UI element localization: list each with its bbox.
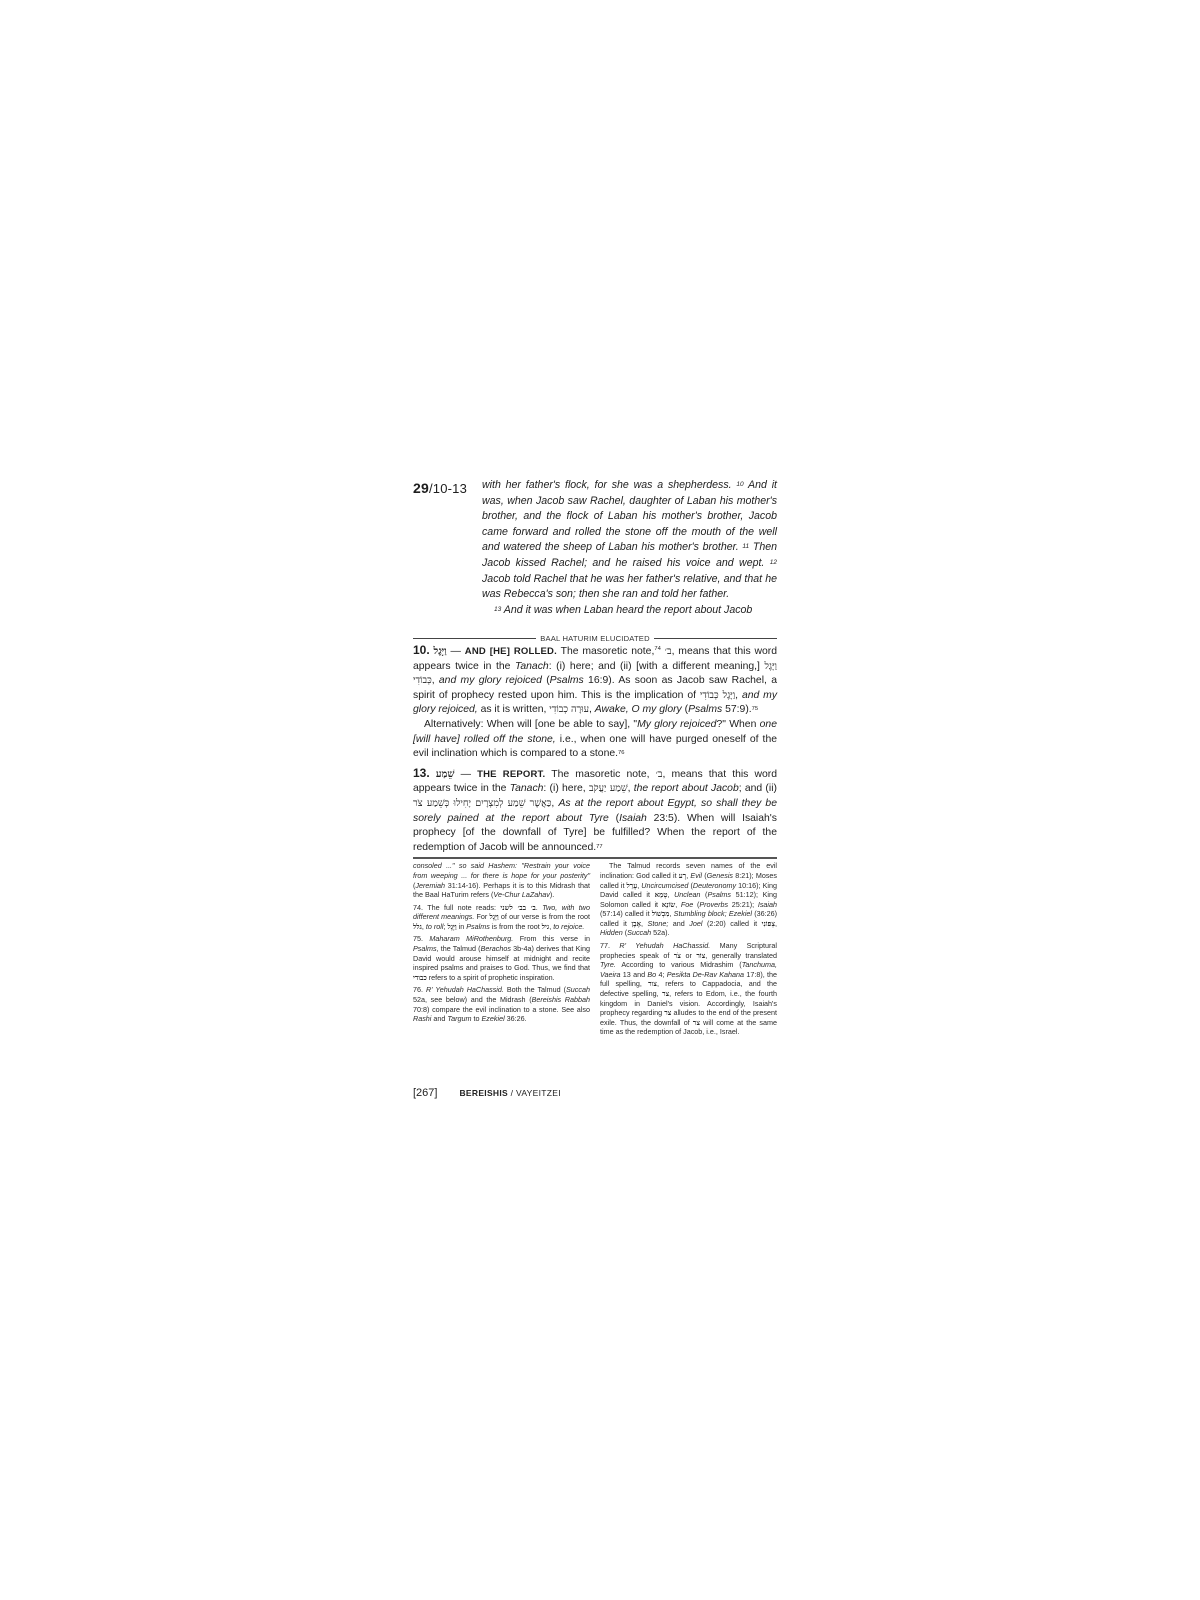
text: Deuteronomy [693, 881, 736, 890]
footnotes-right-column: The Talmud records seven names of the ev… [600, 861, 777, 1040]
text: 36:26. [505, 1014, 527, 1023]
text: and [431, 1014, 447, 1023]
hebrew-text: צֹר [674, 951, 681, 960]
footnotes: consoled ..." so said Hashem: "Restrain … [413, 861, 777, 1040]
footnote-ref[interactable]: 75 [752, 706, 758, 712]
text: Berachos [481, 944, 511, 953]
text: ; and (ii) [739, 783, 777, 794]
text: the report about Jacob [634, 783, 739, 794]
text: : (i) here, [543, 783, 589, 794]
footnote-74: 74. The full note reads: ב׳ בב׳ לשני. Tw… [413, 903, 590, 932]
title-separator: / [508, 1088, 516, 1098]
hebrew-text: עוּרָה כְבוֹדִי [549, 704, 589, 715]
footnote-ref[interactable]: 74 [654, 646, 660, 652]
text: 52a). [651, 928, 669, 937]
text: 70:8) compare the evil inclination to a … [413, 1005, 590, 1014]
verse-number: 12 [770, 559, 777, 566]
text: , [735, 690, 742, 701]
lemma-translation: THE REPORT. [477, 769, 545, 780]
text: Genesis [707, 871, 733, 880]
text: of our verse is from the root [499, 912, 590, 921]
hebrew-text: אֶבֶן [631, 919, 641, 928]
text: R' Yehudah HaChassid. [426, 985, 504, 994]
verse-range: /10-13 [429, 481, 467, 496]
text: Evil [690, 871, 702, 880]
commentary: 10. וַיָּגֶל — AND [HE] ROLLED. The maso… [413, 643, 777, 855]
text: Ezekiel [482, 1014, 505, 1023]
hebrew-text: ב׳ [661, 646, 672, 657]
text: From this verse in [513, 934, 590, 943]
hebrew-text: צְפוֹנִי [762, 919, 775, 928]
text: , [432, 675, 439, 686]
footnote-divider [413, 857, 777, 859]
verse-13-line: 13 And it was when Laban heard the repor… [482, 603, 777, 619]
text: and my glory rejoiced [439, 675, 542, 686]
running-title: BEREISHIS / VAYEITZEI [459, 1088, 560, 1098]
text: Stumbling block; Ezekiel [674, 909, 752, 918]
hebrew-text: כבודי [413, 973, 427, 982]
footnote-76: 76. R' Yehudah HaChassid. Both the Talmu… [413, 985, 590, 1023]
text: Stone; [648, 919, 669, 928]
dash: — [454, 769, 477, 780]
text: Maharam MiRothenburg. [429, 934, 513, 943]
text: , [775, 919, 777, 928]
text: : (i) here; and (ii) [with a different m… [549, 661, 765, 672]
hebrew-text: צור [648, 979, 657, 988]
text: Awake, O my glory [595, 704, 682, 715]
page-footer: [267] BEREISHIS / VAYEITZEI [413, 1087, 561, 1099]
text: Psalms [707, 890, 731, 899]
footnote-ref[interactable]: 76 [618, 750, 624, 756]
verse-block: 29/10-13 with her father's flock, for sh… [413, 478, 777, 633]
footnote-continuation: consoled ..." so said Hashem: "Restrain … [413, 861, 590, 899]
section-header: BAAL HATURIM ELUCIDATED [413, 633, 777, 643]
text: to [472, 1014, 482, 1023]
text: Isaiah [619, 813, 647, 824]
verse-number: 11 [742, 543, 749, 550]
lemma-hebrew: וַיָּגֶל [434, 646, 447, 657]
verse-9-end: with her father's flock, for she was a s… [482, 479, 736, 491]
dash: — [447, 646, 465, 657]
text: Succah [566, 985, 590, 994]
page-number: [267] [413, 1087, 437, 1099]
text: Uncircumcised [641, 881, 688, 890]
text: Pesikta De-Rav Kahana [667, 970, 744, 979]
text: is from the root [490, 922, 542, 931]
hebrew-text: טָמֵא [655, 890, 668, 899]
text: to roll [426, 922, 444, 931]
text: Unclean [674, 890, 700, 899]
commentary-verse-13: 13. שֵׁמַע — THE REPORT. The masoretic n… [413, 766, 777, 856]
text: , the Talmud ( [437, 944, 481, 953]
text: Hidden [600, 928, 623, 937]
text: Both the Talmud ( [504, 985, 566, 994]
text: Targum [447, 1014, 471, 1023]
text: ( [609, 813, 619, 824]
text: in [457, 922, 467, 931]
text: According to various Midrashim ( [616, 960, 742, 969]
text: 25:21); [728, 900, 758, 909]
text: Psalms [466, 922, 490, 931]
section-title: BAAL HATURIM ELUCIDATED [540, 634, 650, 643]
hebrew-text: וַיָּגֶל [447, 922, 456, 931]
text: consoled ..." so said Hashem: "Restrain … [413, 861, 590, 880]
text: The masoretic note, [545, 769, 655, 780]
lemma-number: 13. [413, 766, 430, 780]
text: Tanach [510, 783, 544, 794]
text: (2:20) called it [702, 919, 761, 928]
lemma-translation: AND [HE] ROLLED. [465, 646, 557, 657]
hebrew-text: עָרֵל [627, 881, 638, 890]
text: The masoretic note, [557, 646, 654, 657]
text: Tyre. [600, 960, 616, 969]
text: Succah [627, 928, 651, 937]
text: 13 and [621, 970, 648, 979]
text: For [474, 912, 489, 921]
text: Ve-Chur LaZahav [493, 890, 549, 899]
text: Rashi [413, 1014, 431, 1023]
text: Psalms [688, 704, 722, 715]
text: Psalms [413, 944, 437, 953]
verse-number: 13 [494, 606, 501, 613]
verse-13: And it was when Laban heard the report a… [501, 604, 752, 616]
text: Jeremiah [415, 881, 445, 890]
text: Tanach [515, 661, 549, 672]
text: R' Yehudah HaChassid. [619, 941, 710, 950]
text: 74. The full note reads: [413, 903, 500, 912]
page: 29/10-13 with her father's flock, for sh… [413, 478, 777, 1040]
lemma-hebrew: שֵׁמַע [436, 769, 455, 780]
chapter-verse-reference: 29/10-13 [413, 480, 467, 496]
verse-12: Jacob told Rachel that he was her father… [482, 573, 777, 601]
text: ?" When [716, 719, 759, 730]
text: as it is written, [478, 704, 550, 715]
verse-number: 10 [736, 481, 743, 488]
text: (57:14) called it [600, 909, 652, 918]
text: ( [542, 675, 550, 686]
header-rule-left [413, 638, 536, 639]
footnote-77: 77. R' Yehudah HaChassid. Many Scriptura… [600, 941, 777, 1037]
lemma-number: 10. [413, 643, 430, 657]
hebrew-text: כַּאֲשֶׁר שֵׁמַע לְמִצְרָיִם יָחִילוּ כְ… [413, 798, 551, 809]
text: Bereishis Rabbah [532, 995, 590, 1004]
chapter-number: 29 [413, 480, 429, 496]
footnote-75: 75. Maharam MiRothenburg. From this vers… [413, 934, 590, 982]
hebrew-text: וַיָּגֶל כְּבוֹדִי [700, 690, 735, 701]
hebrew-text: שֵׁמַע יַעֲקֹב [589, 783, 628, 794]
text: , generally translated [705, 951, 777, 960]
footnotes-left-column: consoled ..." so said Hashem: "Restrain … [413, 861, 590, 1040]
hebrew-text: וַיָּגֶל [490, 912, 499, 921]
commentary-verse-10: 10. וַיָּגֶל — AND [HE] ROLLED. The maso… [413, 643, 777, 718]
hebrew-text: שׂוֹנֵא [662, 900, 676, 909]
text: 52a, see below) and the Midrash ( [413, 995, 532, 1004]
footnote-ref[interactable]: 77 [596, 844, 602, 850]
text: and [668, 919, 689, 928]
text: 4; [656, 970, 667, 979]
text: or [681, 951, 696, 960]
text: Psalms [550, 675, 584, 686]
parashah-name: VAYEITZEI [516, 1088, 561, 1098]
commentary-alternative: Alternatively: When will [one be able to… [413, 718, 777, 762]
hebrew-text: ב׳ בב׳ לשני [500, 903, 535, 912]
book-name: BEREISHIS [459, 1088, 508, 1098]
text: ). [550, 890, 554, 899]
hebrew-text: צר [693, 1018, 700, 1027]
text: 76. [413, 985, 426, 994]
footnote-76-continuation: The Talmud records seven names of the ev… [600, 861, 777, 938]
text: Proverbs [699, 900, 728, 909]
text: 77. [600, 941, 619, 950]
hebrew-text: צוֹר [696, 951, 705, 960]
text: Bo [647, 970, 656, 979]
text: My glory rejoiced [637, 719, 716, 730]
text: refers to a spirit of prophetic inspirat… [427, 973, 555, 982]
text: Foe [681, 900, 693, 909]
text: to rejoice. [553, 922, 584, 931]
text: 75. [413, 934, 429, 943]
hebrew-text: גלל [413, 922, 422, 931]
text: 57:9). [722, 704, 751, 715]
text: Isaiah [758, 900, 777, 909]
text: Alternatively: When will [one be able to… [424, 719, 637, 730]
text: Joel [689, 919, 702, 928]
header-rule-right [654, 638, 777, 639]
hebrew-text: מִכְשׁוֹל [652, 909, 670, 918]
verse-translation: with her father's flock, for she was a s… [482, 478, 777, 618]
